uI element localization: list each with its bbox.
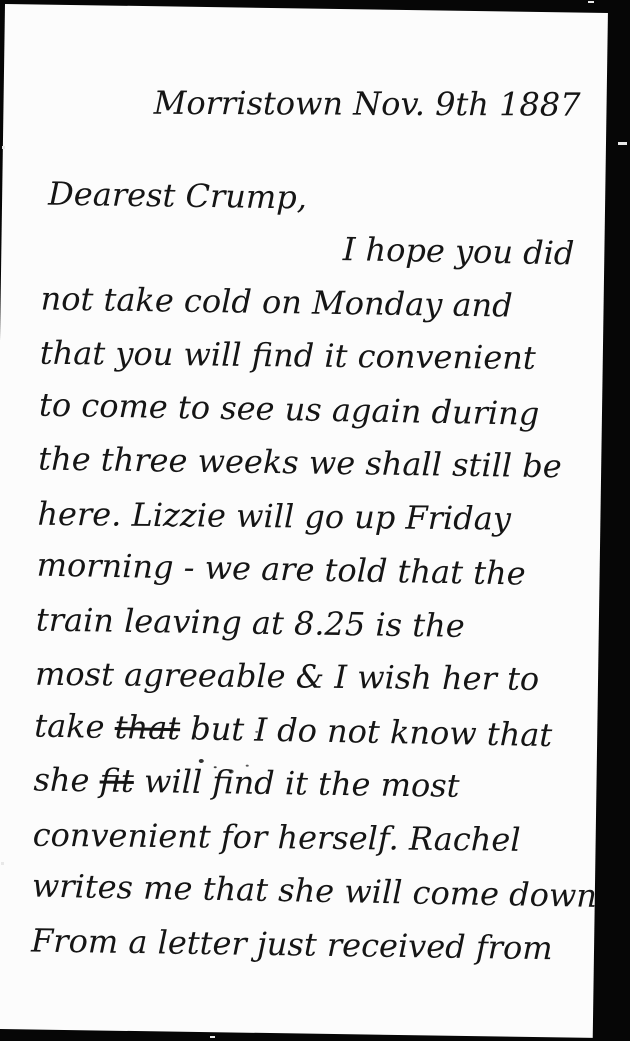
letter-line: morning - we are told that the <box>36 539 584 603</box>
scan-speck <box>618 142 627 145</box>
scan-speck <box>1 862 4 865</box>
struck-word: that <box>114 708 180 747</box>
letter-line: that you will find it convenient <box>40 327 588 386</box>
letter-line: train leaving at 8.25 is the <box>35 593 583 655</box>
letter-page: Morristown Nov. 9th 1887 Dearest Crump, … <box>0 4 608 1038</box>
letter-line: most agreeable & I wish her to <box>35 648 583 707</box>
letter-dateline: Morristown Nov. 9th 1887 <box>3 83 606 124</box>
scan-speck <box>588 1 594 3</box>
letter-body: I hope you did not take cold on Monday a… <box>0 218 605 976</box>
letter-line: writes me that she will come down. <box>31 860 579 924</box>
letter-line: convenient for herself. Rachel <box>32 808 580 867</box>
letter-line: take that but I do not know that <box>34 699 582 763</box>
letter-text: she <box>33 761 100 800</box>
letter-line: From a letter just received from <box>31 914 579 976</box>
struck-word: fit <box>99 761 134 800</box>
scan-speck <box>2 146 5 149</box>
letter-line: here. Lizzie will go up Friday <box>37 487 585 546</box>
scanned-letter: Morristown Nov. 9th 1887 Dearest Crump, … <box>0 0 630 1041</box>
letter-salutation: Dearest Crump, <box>2 174 605 221</box>
letter-text: will find it the most <box>134 762 460 805</box>
scan-speck <box>210 1036 215 1038</box>
letter-text: take <box>34 706 115 745</box>
letter-line: she fit will find it the most <box>33 754 581 816</box>
letter-line: I hope you did <box>41 218 589 282</box>
letter-line: not take cold on Monday and <box>40 272 588 334</box>
letter-line: the three weeks we shall still be <box>38 433 586 495</box>
ink-blot <box>199 759 204 763</box>
letter-text: but I do not know that <box>180 709 553 754</box>
letter-line: to come to see us again during <box>39 378 587 442</box>
